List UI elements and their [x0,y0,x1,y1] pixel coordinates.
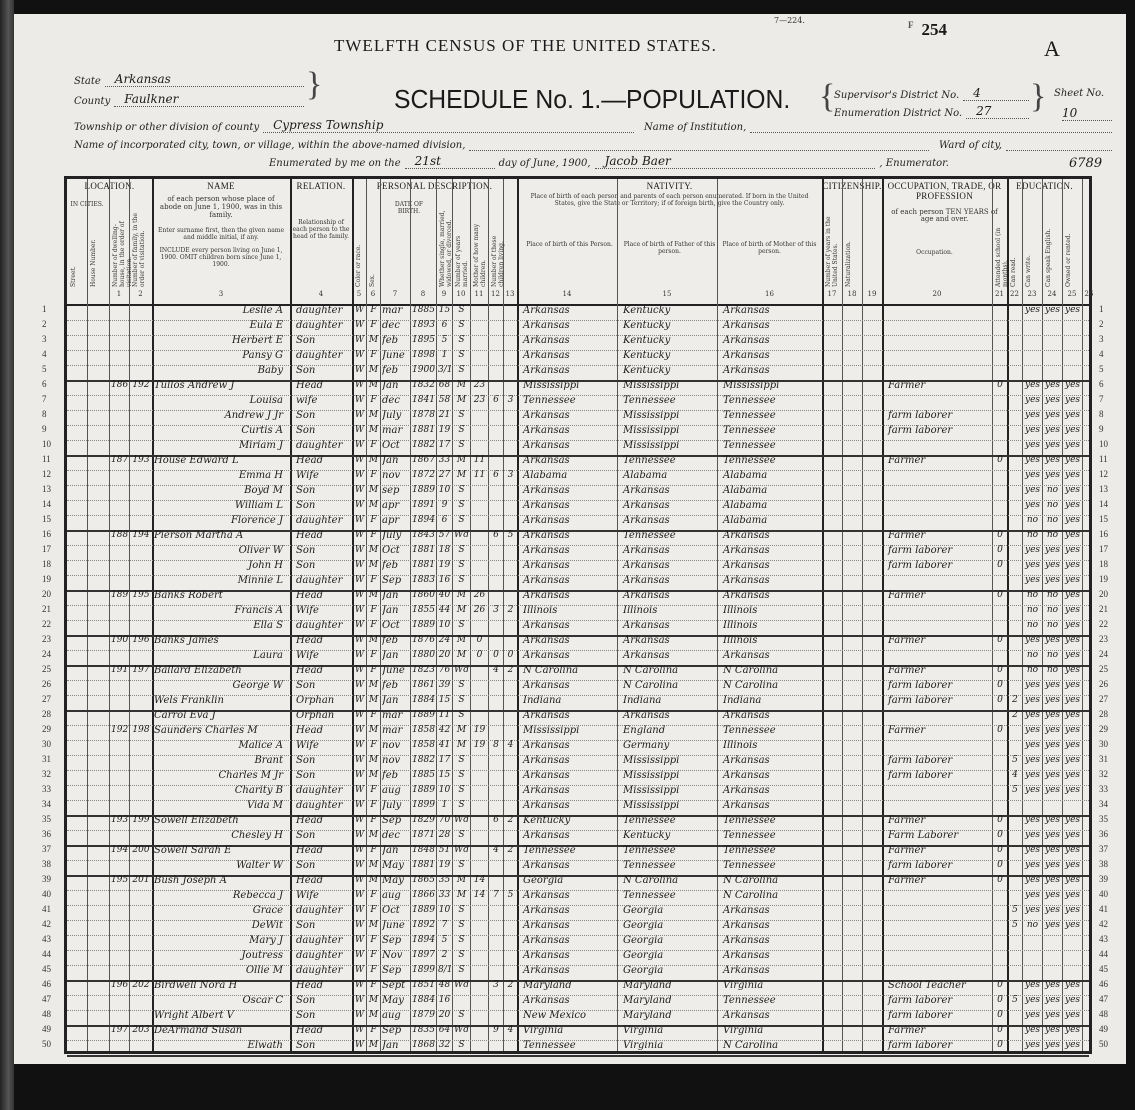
cell-sex: M [368,365,379,375]
cell-mpob: Arkansas [719,650,825,661]
cell-rel: Wife [292,470,355,481]
cell-fpob: Kentucky [619,335,720,346]
cell-sex: F [368,620,379,630]
cell-month: May [382,875,409,886]
line-number-left: 8 [42,409,47,419]
cell-ne: 0 [994,830,1006,840]
cell-race: W [354,935,365,945]
cell-en: yes [1064,560,1081,570]
cell-rel: daughter [292,305,355,316]
line-number-left: 29 [42,724,51,734]
cell-sch: 5 [1009,920,1021,930]
cell-en: yes [1064,530,1081,540]
cell-ms: S [454,410,469,420]
cell-sex: F [368,845,379,855]
col-15-label: Place of birth of Mother of this person. [722,241,817,255]
cell-fpob: Kentucky [619,320,720,331]
cell-mpob: Tennessee [719,395,825,406]
cell-ms: Wd [454,665,469,675]
cell-cl: 3 [505,470,516,480]
cell-year: 1841 [412,395,435,405]
group-occupation: OCCUPATION, TRADE, OR PROFESSION [882,181,1007,201]
cell-rd: yes [1024,395,1041,405]
column-header-label: Can write. [1025,209,1032,287]
cell-pob: Arkansas [519,500,620,511]
line-number-left: 38 [42,859,51,869]
cell-pob: Kentucky [519,815,620,826]
cell-fpob: N Carolina [619,680,720,691]
cell-age: 16 [438,995,451,1005]
line-number-right: 5 [1099,364,1104,374]
cell-pob: Arkansas [519,590,620,601]
cell-age: 17 [438,440,451,450]
column-number: 11 [470,290,488,298]
cell-en: yes [1064,785,1081,795]
cell-occ: Farmer [884,665,995,676]
cell-en: yes [1064,755,1081,765]
ward-label: Ward of city, [939,140,1002,151]
cell-rel: daughter [292,320,355,331]
cell-sex: M [368,590,379,600]
cell-fpob: Kentucky [619,350,720,361]
cell-year: 1868 [412,1040,435,1050]
cell-age: 58 [438,395,451,405]
cell-ms: S [454,560,469,570]
cell-ms: S [454,860,469,870]
cell-rel: Wife [292,605,355,616]
cell-ms: Wd [454,845,469,855]
cell-race: W [354,470,365,480]
cell-pob: Arkansas [519,740,620,751]
cell-race: W [354,995,365,1005]
line-number-left: 21 [42,604,51,614]
cell-age: 28 [438,830,451,840]
cell-mpob: Virginia [719,980,825,991]
cell-race: W [354,560,365,570]
cell-mpob: Arkansas [719,320,825,331]
cell-fpob: England [619,725,720,736]
cell-year: 1881 [412,860,435,870]
cell-name: Laura [154,650,289,661]
cell-mc: 6 [490,470,502,480]
cell-pob: Arkansas [519,485,620,496]
ward-value [1006,136,1112,151]
cell-pob: Arkansas [519,710,620,721]
cell-ms: S [454,485,469,495]
line-number-left: 18 [42,559,51,569]
line-number-left: 31 [42,754,51,764]
cell-dw: 192 [111,725,128,735]
cell-ms: M [454,395,469,405]
cell-rel: daughter [292,620,355,631]
city-label: Name of incorporated city, town, or vill… [74,140,465,151]
cell-month: Jan [382,695,409,706]
cell-fpob: Kentucky [619,365,720,376]
cell-wr: yes [1044,905,1061,915]
column-number: 3 [152,290,290,298]
cell-en: yes [1064,1010,1081,1020]
column-number: 13 [503,290,517,298]
cell-year: 1899 [412,965,435,975]
cell-sex: F [368,350,379,360]
institution-label: Name of Institution, [644,122,746,133]
line-number-left: 6 [42,379,47,389]
cell-ms: S [454,440,469,450]
cell-name: Banks James [154,635,289,646]
cell-rel: Head [292,665,355,676]
cell-fpob: Arkansas [619,545,720,556]
cell-month: feb [382,635,409,646]
cell-rd: yes [1024,500,1041,510]
cell-fpob: Arkansas [619,650,720,661]
cell-month: Jan [382,845,409,856]
group-education: EDUCATION. [1007,181,1082,191]
cell-fpob: Tennessee [619,395,720,406]
cell-sex: F [368,665,379,675]
cell-year: 1865 [412,875,435,885]
cell-wr: no [1044,515,1061,525]
cell-rd: yes [1024,845,1041,855]
cell-occ: Farmer [884,635,995,646]
cell-pob: Tennessee [519,395,620,406]
cell-en: yes [1064,515,1081,525]
cell-pob: Arkansas [519,365,620,376]
cell-age: 1 [438,350,451,360]
cell-occ: farm laborer [884,695,995,706]
cell-occ: farm laborer [884,425,995,436]
cell-age: 17 [438,755,451,765]
cell-ms: S [454,545,469,555]
line-number-left: 14 [42,499,51,509]
cell-race: W [354,1040,365,1050]
cell-ms: S [454,680,469,690]
cell-race: W [354,785,365,795]
cell-rel: daughter [292,950,355,961]
cell-name: Vida M [154,800,289,811]
cell-ms: S [454,710,469,720]
cell-rel: Head [292,530,355,541]
enumerated-suffix: day of June, 1900, [499,158,591,169]
column-number: 7 [380,290,410,298]
cell-pob: Arkansas [519,410,620,421]
line-number-right: 26 [1099,679,1108,689]
cell-year: 1891 [412,500,435,510]
cell-race: W [354,650,365,660]
cell-month: mar [382,305,409,316]
cell-month: nov [382,740,409,751]
column-header-label: Number of these children living. [491,209,505,287]
cell-sex: F [368,305,379,315]
line-number-right: 14 [1099,499,1108,509]
cell-en: yes [1064,425,1081,435]
cell-year: 1871 [412,830,435,840]
cell-ms: S [454,800,469,810]
film-number: 6789 [1069,156,1102,171]
cell-mc: 7 [490,890,502,900]
cell-year: 1881 [412,425,435,435]
line-number-right: 32 [1099,769,1108,779]
cell-en: yes [1064,815,1081,825]
cell-year: 1881 [412,560,435,570]
cell-ms: M [454,890,469,900]
enumerated-day: 21st [405,154,495,169]
cell-fam: 195 [131,590,151,600]
cell-year: 1889 [412,620,435,630]
cell-dw: 191 [111,665,128,675]
cell-name: Carrol Eva J [154,710,289,721]
cell-ms: S [454,515,469,525]
cell-age: 24 [438,635,451,645]
cell-pob: N Carolina [519,665,620,676]
supervisor-label: Supervisor's District No. [834,90,959,101]
township-label: Township or other division of county [74,122,259,133]
column-number: 16 [717,290,822,298]
cell-rd: yes [1024,725,1041,735]
cell-name: DeWit [154,920,289,931]
cell-name: Pansy G [154,350,289,361]
cell-rel: Head [292,635,355,646]
cell-race: W [354,680,365,690]
cell-occ: farm laborer [884,995,995,1006]
cell-name: Ballard Elizabeth [154,665,289,676]
cell-year: 1829 [412,815,435,825]
cell-age: 19 [438,560,451,570]
cell-month: Jan [382,455,409,466]
cell-race: W [354,755,365,765]
cell-mc: 6 [490,815,502,825]
cell-rel: Head [292,1025,355,1036]
cell-rel: Son [292,485,355,496]
cell-ne: 0 [994,1040,1006,1050]
cell-mpob: Illinois [719,605,825,616]
line-number-right: 8 [1099,409,1104,419]
cell-fam: 196 [131,635,151,645]
cell-mpob: Mississippi [719,380,825,391]
cell-pob: New Mexico [519,1010,620,1021]
cell-en: yes [1064,995,1081,1005]
cell-ms: S [454,305,469,315]
cell-fpob: Georgia [619,950,720,961]
cell-sch: 5 [1009,995,1021,1005]
line-number-left: 35 [42,814,51,824]
cell-name: Ollie M [154,965,289,976]
cell-sex: M [368,455,379,465]
cell-pob: Arkansas [519,905,620,916]
column-number: 19 [862,290,882,298]
cell-name: Sowell Elizabeth [154,815,289,826]
cell-name: Wright Albert V [154,1010,289,1021]
state-label: State [74,76,101,87]
cell-ms: S [454,575,469,585]
cell-ms: Wd [454,980,469,990]
cell-rd: yes [1024,1040,1041,1050]
line-number-right: 46 [1099,979,1108,989]
cell-rel: Head [292,380,355,391]
cell-sex: M [368,560,379,570]
cell-dw: 196 [111,980,128,990]
cell-mc: 4 [490,845,502,855]
cell-cl: 0 [505,650,516,660]
cell-rd: no [1024,590,1041,600]
column-header-label: House Number. [90,209,97,287]
cell-fpob: Kentucky [619,830,720,841]
stamp-prefix: F [908,20,914,30]
cell-fam: 203 [131,1025,151,1035]
cell-ne: 0 [994,545,1006,555]
cell-en: yes [1064,740,1081,750]
cell-ms: M [454,650,469,660]
column-header-label: Whether single, married, widowed, or div… [439,209,453,287]
cell-mpob: Arkansas [719,770,825,781]
cell-ms: S [454,920,469,930]
cell-rd: yes [1024,785,1041,795]
line-number-left: 39 [42,874,51,884]
column-number: 17 [822,290,842,298]
cell-pob: Arkansas [519,680,620,691]
cell-cl: 4 [505,740,516,750]
cell-occ: School Teacher [884,980,995,991]
line-number-left: 17 [42,544,51,554]
cell-name: Banks Robert [154,590,289,601]
cell-sex: F [368,905,379,915]
cell-month: feb [382,335,409,346]
cell-fpob: Georgia [619,920,720,931]
cell-year: 1882 [412,440,435,450]
cell-wr: yes [1044,830,1061,840]
cell-wr: yes [1044,785,1061,795]
cell-en: yes [1064,575,1081,585]
cell-fpob: Mississippi [619,755,720,766]
cell-age: 19 [438,860,451,870]
cell-month: Sep [382,935,409,946]
cell-race: W [354,530,365,540]
cell-occ: Farmer [884,845,995,856]
cell-pob: Maryland [519,980,620,991]
cell-sex: M [368,500,379,510]
cell-wr: yes [1044,725,1061,735]
cell-rel: Wife [292,650,355,661]
cell-ne: 0 [994,695,1006,705]
cell-year: 1882 [412,755,435,765]
cell-ms: M [454,725,469,735]
cell-sex: F [368,890,379,900]
cell-month: Jan [382,1040,409,1051]
enumerator-name: Jacob Baer [595,154,876,169]
cell-fpob: Tennessee [619,890,720,901]
cell-mpob: Arkansas [719,530,825,541]
cell-ms: M [454,605,469,615]
cell-month: feb [382,770,409,781]
cell-name: Brant [154,755,289,766]
cell-fpob: N Carolina [619,875,720,886]
cell-cl: 5 [505,530,516,540]
line-number-right: 25 [1099,664,1108,674]
cell-rd: yes [1024,305,1041,315]
occupation-desc: of each person TEN YEARS of age and over… [887,209,1002,223]
sheet-label: Sheet No. [1054,88,1104,99]
cell-wr: yes [1044,815,1061,825]
cell-en: yes [1064,695,1081,705]
cell-name: Wels Franklin [154,695,289,706]
cell-race: W [354,860,365,870]
cell-rd: yes [1024,545,1041,555]
cell-en: yes [1064,305,1081,315]
cell-rd: yes [1024,905,1041,915]
cell-year: 1889 [412,785,435,795]
line-number-right: 23 [1099,634,1108,644]
cell-age: 15 [438,770,451,780]
cell-name: Oliver W [154,545,289,556]
cell-year: 1848 [412,845,435,855]
cell-pob: Arkansas [519,800,620,811]
cell-en: yes [1064,905,1081,915]
brace-district-close: } [1030,78,1046,116]
cell-fpob: Virginia [619,1040,720,1051]
county-field: County Faulkner [74,92,304,107]
line-number-left: 46 [42,979,51,989]
column-number: 9 [436,290,452,298]
cell-rel: Son [292,545,355,556]
cell-rd: yes [1024,860,1041,870]
cell-rel: wife [292,395,355,406]
cell-dw: 193 [111,815,128,825]
cell-pob: Arkansas [519,920,620,931]
cell-ms: S [454,320,469,330]
cell-age: 42 [438,725,451,735]
cell-age: 27 [438,470,451,480]
cell-year: 1880 [412,650,435,660]
cell-pob: Georgia [519,875,620,886]
cell-mpob: Indiana [719,695,825,706]
cell-fpob: Kentucky [619,305,720,316]
cell-wr: no [1044,605,1061,615]
county-value: Faulkner [114,92,304,107]
enumerator-label: , Enumerator. [879,158,949,169]
cell-pob: Arkansas [519,320,620,331]
cell-en: yes [1064,650,1081,660]
institution-field: Name of Institution, [644,118,1112,133]
cell-pob: Arkansas [519,305,620,316]
line-number-left: 30 [42,739,51,749]
cell-rel: daughter [292,935,355,946]
cell-mpob: Illinois [719,635,825,646]
cell-sch: 5 [1009,755,1021,765]
column-number: 14 [517,290,617,298]
cell-rd: yes [1024,470,1041,480]
cell-rd: yes [1024,890,1041,900]
cell-rel: Son [292,770,355,781]
cell-fpob: Virginia [619,1025,720,1036]
line-number-left: 16 [42,529,51,539]
cell-occ: Farm Laborer [884,830,995,841]
cell-year: 1823 [412,665,435,675]
cell-sex: M [368,725,379,735]
institution-value [750,118,1112,133]
cell-cl: 2 [505,815,516,825]
line-number-right: 29 [1099,724,1108,734]
cell-ms: S [454,965,469,975]
cell-fpob: Alabama [619,470,720,481]
cell-en: yes [1064,725,1081,735]
cell-year: 1884 [412,695,435,705]
cell-rel: Son [292,830,355,841]
cell-mpob: Tennessee [719,410,825,421]
column-header-label: Sex. [369,209,376,287]
cell-race: W [354,335,365,345]
cell-en: yes [1064,980,1081,990]
cell-race: W [354,875,365,885]
cell-fpob: Illinois [619,605,720,616]
